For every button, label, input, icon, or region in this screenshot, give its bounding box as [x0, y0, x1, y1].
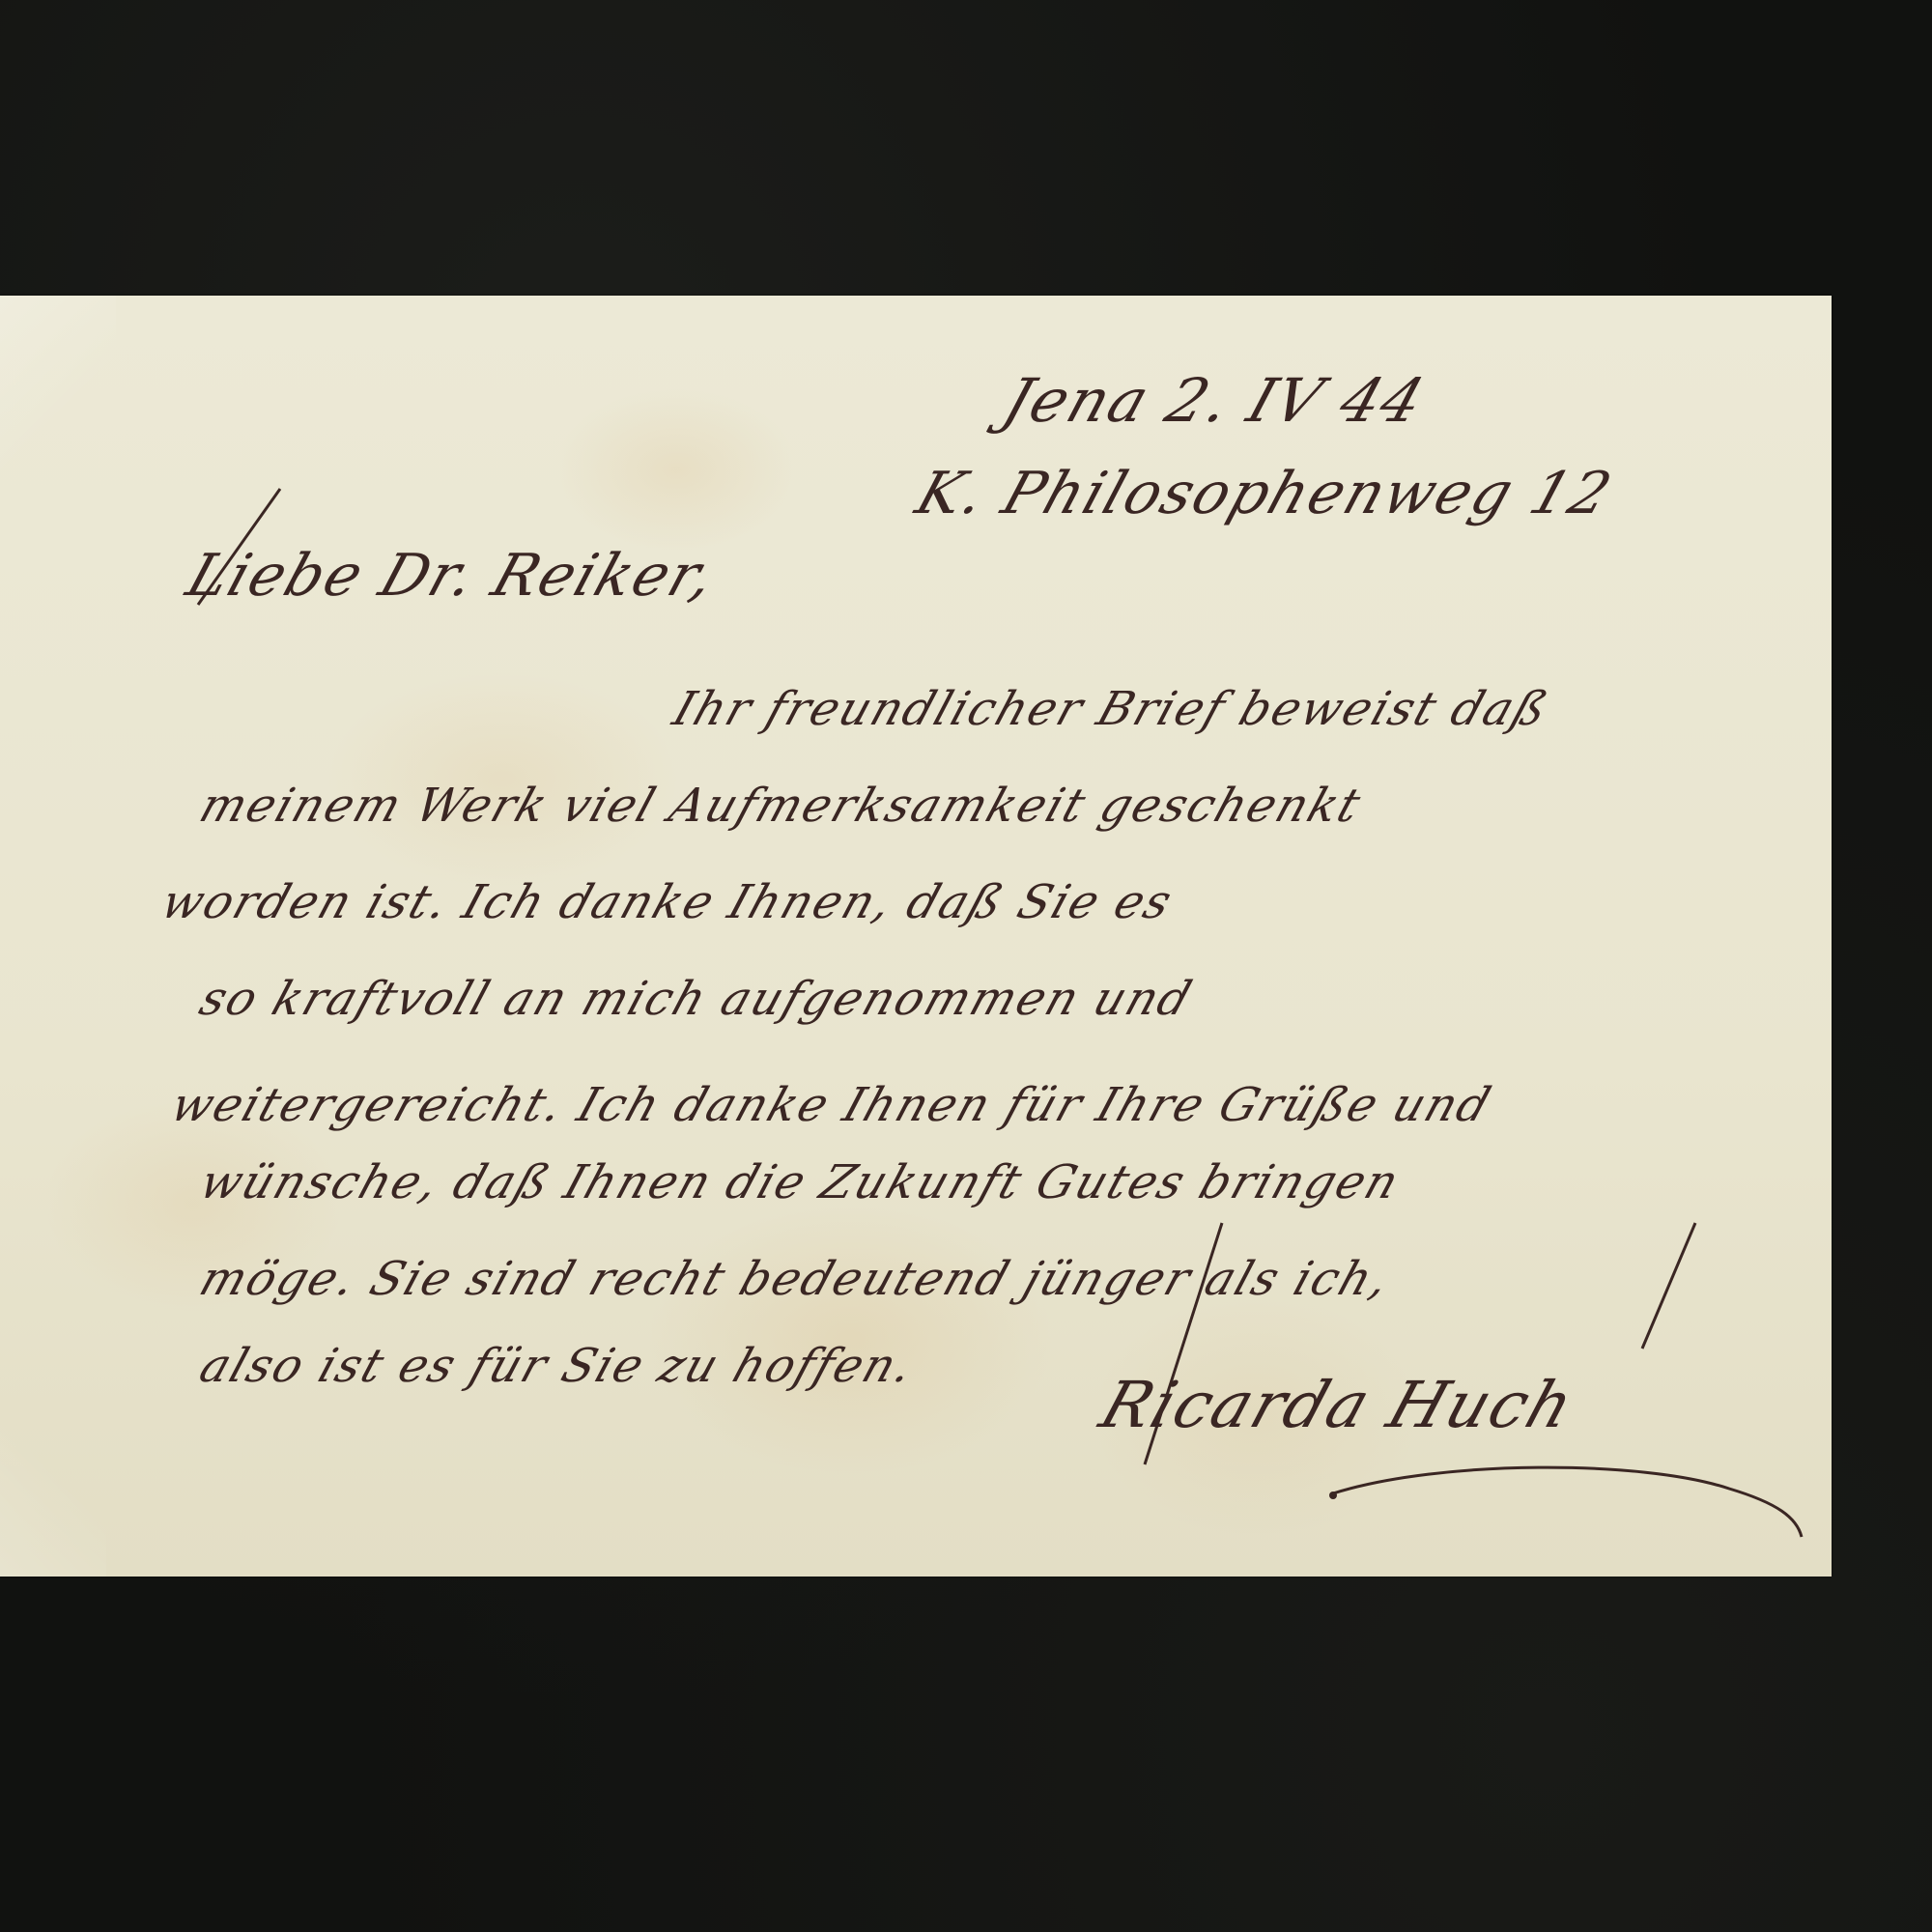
body-line: meinem Werk viel Aufmerksamkeit geschenk… [193, 779, 1369, 833]
salutation: Liebe Dr. Reiker, [179, 542, 725, 610]
signature: Ricarda Huch [1092, 1368, 1584, 1442]
signature-underline-flourish-icon [1323, 1464, 1903, 1561]
body-line: weitergereicht. Ich danke Ihnen für Ihre… [164, 1078, 1498, 1132]
body-line: also ist es für Sie zu hoffen. [193, 1339, 922, 1393]
address-line: K. Philosophenweg 12 [908, 460, 1621, 527]
place-date: Jena 2. IV 44 [995, 365, 1435, 436]
body-line: wünsche, daß Ihnen die Zukunft Gutes bri… [193, 1155, 1407, 1209]
body-line: möge. Sie sind recht bedeutend jünger al… [193, 1252, 1398, 1306]
letter-paper: Jena 2. IV 44 K. Philosophenweg 12 Liebe… [0, 296, 1832, 1577]
paper-corner-fold-bottom [0, 1412, 106, 1577]
body-line: so kraftvoll an mich aufgenommen und [193, 972, 1200, 1026]
body-line: worden ist. Ich danke Ihnen, daß Sie es [155, 875, 1179, 929]
paper-corner-fold-top [0, 296, 116, 489]
body-line: Ihr freundlicher Brief beweist daß [667, 682, 1556, 736]
